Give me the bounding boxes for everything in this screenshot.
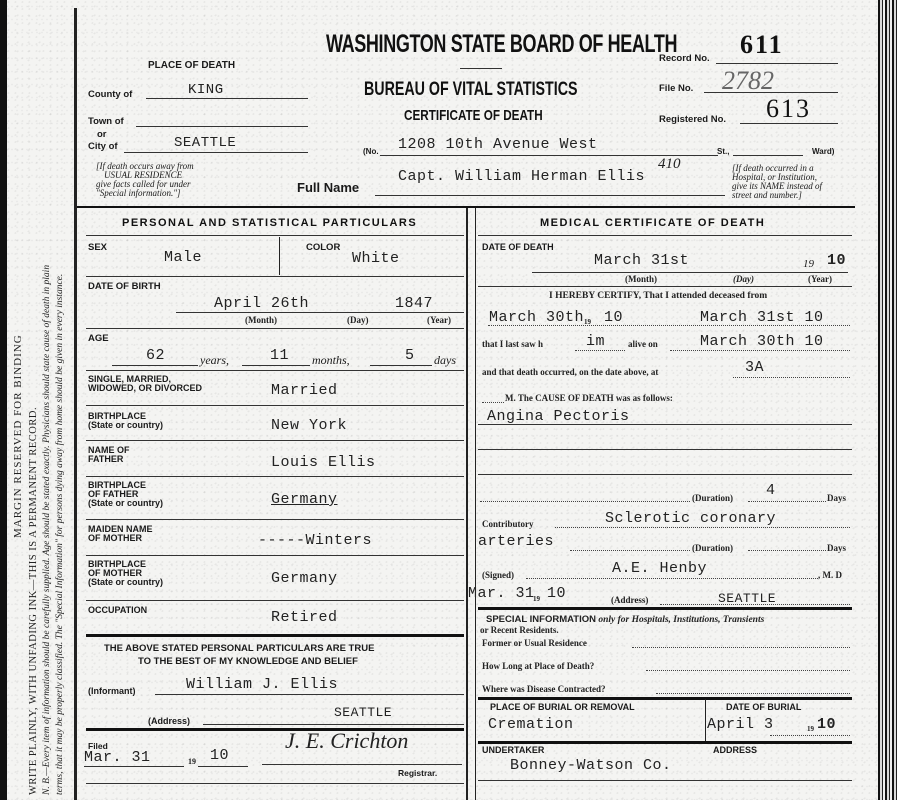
former-residence-label: Former or Usual Residence [482, 638, 587, 648]
father-birthplace-label-line: (State or country) [88, 499, 163, 508]
burial-year: 10 [817, 716, 836, 733]
burial-divider [705, 699, 706, 741]
burial-place-label: PLACE OF BURIAL OR REMOVAL [490, 702, 635, 712]
sex-value: Male [164, 249, 202, 266]
attended-from: March 30th [489, 309, 584, 326]
undertaker-label: UNDERTAKER [482, 745, 544, 755]
record-no-line [716, 63, 838, 64]
undertaker-address-label: ADDRESS [713, 745, 757, 755]
duration2-days-label: Days [827, 543, 846, 553]
dob-month-day: April 26th [214, 295, 309, 312]
informant-label: (Informant) [88, 686, 136, 696]
town-label: Town of [88, 116, 124, 127]
hospital-note-line: street and number.] [732, 191, 822, 200]
dob-month-caption: (Month) [245, 315, 277, 325]
alive-on-label: alive on [628, 339, 658, 349]
color-value: White [352, 250, 400, 267]
file-no-label: File No. [659, 83, 693, 94]
mother-maiden-name-label: MAIDEN NAME OF MOTHER [88, 525, 153, 543]
nb-instruction-line-2: terms, that it may be properly classifie… [55, 274, 65, 795]
signed-date: Mar. 31 [468, 585, 535, 602]
burial-date-line [770, 735, 850, 736]
row-rule [86, 328, 464, 329]
mother-maiden-name-label-line: OF MOTHER [88, 534, 153, 543]
occupation-value: Retired [271, 609, 338, 626]
dob-label: DATE OF BIRTH [88, 281, 161, 292]
registrar-line [262, 764, 462, 765]
full-name-line [375, 195, 725, 196]
center-divider-inner [475, 208, 476, 800]
age-years-line [112, 365, 198, 366]
board-title: WASHINGTON STATE BOARD OF HEALTH [326, 30, 677, 59]
duration2-label: (Duration) [692, 543, 733, 553]
or-label: or [97, 129, 107, 140]
dod-19: 19 [803, 258, 814, 270]
attended-from-year: 10 [604, 309, 623, 326]
full-name-annotation: 410 [658, 156, 681, 173]
row-rule [86, 405, 464, 406]
pronoun-line [575, 350, 625, 351]
contributory-value-2: arteries [478, 533, 554, 550]
age-months: 11 [270, 347, 289, 364]
registrar-label: Registrar. [398, 768, 437, 778]
marital-label: SINGLE, MARRIED, WIDOWED, OR DIVORCED [88, 375, 202, 393]
filed-year-line [198, 766, 248, 767]
informant-address-value: SEATTLE [334, 705, 392, 720]
last-saw-date: March 30th 10 [700, 333, 824, 350]
mother-maiden-name-value: -----Winters [258, 532, 372, 549]
cause-label: M. The CAUSE OF DEATH was as follows: [505, 393, 673, 403]
contributory-line-2 [570, 550, 690, 551]
place-of-death-heading: PLACE OF DEATH [148, 60, 235, 71]
filed-19: 19 [188, 757, 196, 766]
time-value: 3A [745, 359, 764, 376]
contributory-value-1: Sclerotic coronary [605, 510, 776, 527]
duration-line [748, 501, 826, 502]
medical-heading: MEDICAL CERTIFICATE OF DEATH [540, 217, 765, 229]
ward-label: Ward) [812, 147, 834, 156]
special-info-heading: SPECIAL INFORMATION only for Hospitals, … [486, 614, 764, 625]
burial-19: 19 [807, 725, 814, 733]
undertaker-value: Bonney-Watson Co. [510, 757, 672, 774]
cause-value: Angina Pectoris [487, 408, 630, 425]
row-rule [86, 276, 464, 277]
county-value: KING [188, 82, 224, 98]
where-contracted-line [656, 693, 850, 694]
certify-statement: I HEREBY CERTIFY, That I attended deceas… [549, 291, 767, 301]
street-value: 1208 10th Avenue West [398, 136, 598, 153]
section-rule [478, 607, 852, 610]
medical-address-label: (Address) [611, 595, 648, 605]
dod-value: March 31st [594, 252, 689, 269]
marital-label-line: WIDOWED, OR DIVORCED [88, 384, 202, 393]
dob-day-caption: (Day) [347, 315, 369, 325]
cause-line-3 [478, 474, 852, 475]
dob-year: 1847 [395, 295, 433, 312]
mother-birthplace-value: Germany [271, 570, 338, 587]
occurred-label: and that death occurred, on the date abo… [482, 367, 658, 377]
st-label: St., [717, 147, 729, 156]
dod-month-caption: (Month) [625, 274, 657, 284]
where-contracted-label: Where was Disease Contracted? [482, 684, 606, 694]
ward-line [733, 155, 803, 156]
informant-line [155, 694, 464, 695]
sex-label: SEX [88, 242, 107, 253]
birthplace-label-line: (State or country) [88, 421, 163, 430]
burial-date-value: April 3 [707, 716, 774, 733]
mother-birthplace-label-line: (State or country) [88, 578, 163, 587]
duration-value: 4 [766, 482, 776, 499]
city-value: SEATTLE [174, 135, 236, 151]
registrar-signature: J. E. Crichton [285, 728, 408, 754]
medical-address-value: SEATTLE [718, 591, 776, 606]
mother-birthplace-label: BIRTHPLACE OF MOTHER (State or country) [88, 560, 163, 587]
special-info-heading-rest: only for Hospitals, Institutions, Transi… [598, 615, 764, 625]
row-rule [86, 600, 464, 601]
dod-line [532, 272, 848, 273]
registered-no-label: Registered No. [659, 114, 726, 125]
bottom-rule [478, 780, 852, 781]
certificate-title: CERTIFICATE OF DEATH [404, 107, 543, 124]
age-label: AGE [88, 333, 109, 344]
burial-place-value: Cremation [488, 716, 574, 733]
father-name-label: NAME OF FATHER [88, 446, 130, 464]
duration2-line [748, 550, 826, 551]
dob-year-caption: (Year) [427, 315, 451, 325]
age-days-line [370, 365, 432, 366]
dob-line [176, 312, 464, 313]
how-long-line [646, 670, 850, 671]
unfading-ink-note: WRITE PLAINLY, WITH UNFADING INK—THIS IS… [28, 407, 39, 795]
nb-instruction-line-1: N. B.—Every item of information should b… [42, 265, 52, 795]
am-pm-line [482, 402, 504, 403]
signed-19: 19 [533, 595, 540, 603]
informant-statement-1: THE ABOVE STATED PERSONAL PARTICULARS AR… [104, 643, 374, 654]
days-label: days [434, 353, 456, 368]
bureau-title: BUREAU OF VITAL STATISTICS [364, 79, 577, 101]
file-no-value: 2782 [722, 66, 774, 96]
how-long-label: How Long at Place of Death? [482, 661, 594, 671]
signed-year: 10 [547, 585, 566, 602]
registered-no-value: 613 [766, 94, 811, 124]
scan-edge-right [878, 0, 897, 800]
time-line [733, 377, 850, 378]
father-birthplace-value: Germany [271, 491, 338, 508]
special-info-heading-bold: SPECIAL INFORMATION [486, 614, 596, 625]
age-months-line [242, 365, 310, 366]
informant-address-label: (Address) [148, 716, 190, 726]
row-rule [478, 286, 852, 287]
burial-date-label: DATE OF BURIAL [726, 702, 801, 712]
father-name-value: Louis Ellis [271, 454, 376, 471]
residence-note-line: "Special information."] [96, 189, 194, 198]
dod-day-caption: (Day) [733, 274, 754, 284]
contributory-label: Contributory [482, 519, 534, 529]
row-rule [478, 235, 852, 236]
signed-label: (Signed) [482, 570, 514, 580]
contributory-line [555, 527, 850, 528]
md-label: , M. D [818, 570, 842, 580]
former-residence-line [632, 647, 850, 648]
section-rule [478, 697, 852, 700]
dod-year: 10 [827, 252, 846, 269]
binding-margin-note: MARGIN RESERVED FOR BINDING [12, 334, 24, 538]
filed-date-line [84, 766, 184, 767]
signed-line [526, 578, 818, 579]
duration-leader [480, 501, 690, 502]
special-info-heading-2: or Recent Residents. [480, 625, 559, 635]
color-label: COLOR [306, 242, 340, 253]
duration-days-label: Days [827, 493, 846, 503]
dod-label: DATE OF DEATH [482, 242, 554, 252]
informant-address-line [203, 724, 464, 725]
duration-label: (Duration) [692, 493, 733, 503]
county-label: County of [88, 89, 132, 100]
signed-value: A.E. Henby [612, 560, 707, 577]
row-rule [86, 555, 464, 556]
filed-year: 10 [210, 747, 229, 764]
dod-year-caption: (Year) [808, 274, 832, 284]
row-rule [86, 440, 464, 441]
scan-edge-left [0, 0, 7, 800]
last-saw-label: that I last saw h [482, 339, 543, 349]
city-label: City of [88, 141, 118, 152]
section-rule [478, 741, 852, 744]
bottom-rule [86, 783, 464, 784]
father-name-label-line: FATHER [88, 455, 130, 464]
town-line [136, 126, 308, 127]
sex-color-divider [279, 237, 280, 275]
informant-value: William J. Ellis [186, 676, 338, 693]
record-no-value: 611 [740, 30, 784, 60]
years-label: years, [200, 353, 229, 368]
age-days: 5 [405, 347, 415, 364]
residence-note: [If death occurs away from USUAL RESIDEN… [96, 162, 194, 198]
row-rule [86, 476, 464, 477]
hospital-note: [If death occurred in a Hospital, or Ins… [732, 164, 822, 200]
occupation-label: OCCUPATION [88, 605, 147, 615]
attended-from-19: 19 [584, 318, 591, 326]
filed-date: Mar. 31 [84, 749, 151, 766]
city-line [124, 152, 308, 153]
informant-statement-2: TO THE BEST OF MY KNOWLEDGE AND BELIEF [138, 656, 358, 667]
marital-value: Married [271, 382, 338, 399]
death-certificate-page: MARGIN RESERVED FOR BINDING WRITE PLAINL… [0, 0, 897, 800]
row-rule [86, 235, 464, 236]
county-line [146, 98, 308, 99]
age-years: 62 [146, 347, 165, 364]
cause-line-2 [478, 449, 852, 450]
section-rule [86, 634, 464, 637]
birthplace-value: New York [271, 417, 347, 434]
alive-on-line [670, 350, 850, 351]
title-divider [460, 68, 502, 69]
row-rule [86, 370, 464, 371]
row-rule [86, 519, 464, 520]
birthplace-label: BIRTHPLACE (State or country) [88, 412, 163, 430]
attended-to: March 31st 10 [700, 309, 824, 326]
record-no-label: Record No. [659, 53, 710, 64]
personal-heading: PERSONAL AND STATISTICAL PARTICULARS [122, 217, 417, 229]
months-label: months, [312, 353, 350, 368]
last-saw-pronoun: im [586, 333, 605, 350]
cause-line-1 [478, 424, 852, 425]
full-name-value: Capt. William Herman Ellis [398, 168, 645, 185]
father-birthplace-label: BIRTHPLACE OF FATHER (State or country) [88, 481, 163, 508]
binding-margin-rule [74, 8, 77, 800]
full-name-label: Full Name [297, 180, 359, 195]
center-divider [466, 208, 468, 800]
street-no-label: (No. [363, 147, 379, 156]
